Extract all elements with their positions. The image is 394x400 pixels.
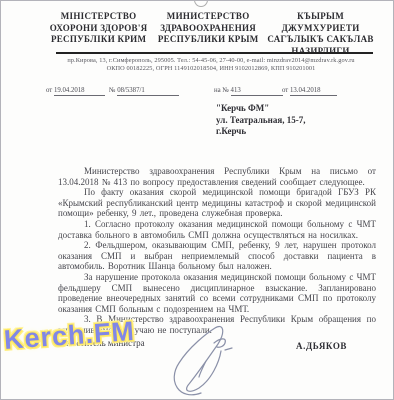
- in-reply-number-value: 413: [231, 87, 283, 96]
- recipient-name: "Керчь ФМ": [216, 103, 305, 115]
- outgoing-number-value: 08/5387/1: [117, 87, 179, 96]
- in-reply-number-field: на № 413: [214, 87, 283, 94]
- body-paragraph: Министерство здравоохранения Республики …: [58, 166, 376, 187]
- outgoing-number-field: № 08/5387/1: [109, 87, 179, 94]
- letterhead-line: РЕСПУБЛИКИ КРЫМ: [156, 34, 260, 46]
- letterhead-line: РЕСПУБЛІКИ КРИМ: [41, 34, 156, 46]
- in-reply-number-label: на №: [214, 87, 229, 94]
- recipient-block: "Керчь ФМ" ул. Театральная, 15-7, г.Керч…: [216, 103, 305, 138]
- handwritten-signature: [159, 321, 243, 399]
- letter-body: Министерство здравоохранения Республики …: [58, 166, 376, 336]
- outgoing-date-label: от: [46, 87, 52, 94]
- body-paragraph: 2. Фельдшером, оказывающим СМП, ребенку,…: [58, 240, 376, 272]
- letterhead-line: САГЪЛЫКЪ САКЪЛАВ: [260, 34, 381, 46]
- outgoing-date-value: 19.04.2018: [54, 87, 105, 96]
- ministry-name-crimean-tatar: КЪЫРЫМ ДЖУМХУРИЕТИ САГЪЛЫКЪ САКЪЛАВ НАЗИ…: [260, 11, 381, 57]
- body-paragraph: 1. Согласно протоколу оказания медицинск…: [58, 219, 376, 240]
- incoming-date-value: 13.04.2018: [290, 87, 337, 96]
- ministry-name-russian: МИНИСТЕРСТВО ЗДРАВООХРАНЕНИЯ РЕСПУБЛИКИ …: [156, 11, 260, 57]
- letterhead-line: ДЖУМХУРИЕТИ: [260, 23, 381, 35]
- signatory-name: А.ДЬЯКОВ: [296, 341, 347, 351]
- incoming-date-field: от 13.04.2018: [282, 87, 337, 94]
- body-paragraph: За нарушение протокола оказания медицинс…: [58, 272, 376, 314]
- recipient-city: г.Керчь: [216, 126, 305, 138]
- recipient-street: ул. Театральная, 15-7,: [216, 115, 305, 127]
- emblem-fragment-icon: [194, 0, 208, 7]
- contact-registry-line: ОКПО 00182225, ОГРН 1149102018504, ИНН 9…: [41, 65, 381, 72]
- kerch-fm-watermark: Kerch.FM: [3, 316, 136, 356]
- incoming-date-label: от: [282, 87, 288, 94]
- outgoing-number-label: №: [109, 87, 116, 94]
- contact-address-line: пр.Кирова, 13, г.Симферополь, 295005. Те…: [41, 57, 381, 64]
- letterhead-line: МІНІСТЕРСТВО: [41, 11, 156, 23]
- outgoing-date-field: от 19.04.2018: [46, 87, 105, 94]
- letterhead-line: МИНИСТЕРСТВО: [156, 11, 260, 23]
- scanned-letter: МІНІСТЕРСТВО ОХОРОНИ ЗДОРОВ'Я РЕСПУБЛІКИ…: [0, 0, 394, 400]
- letterhead-line: КЪЫРЫМ: [260, 11, 381, 23]
- letterhead-line: ОХОРОНИ ЗДОРОВ'Я: [41, 23, 156, 35]
- letterhead: МІНІСТЕРСТВО ОХОРОНИ ЗДОРОВ'Я РЕСПУБЛІКИ…: [41, 11, 381, 57]
- body-paragraph: По факту оказания скорой медицинской пом…: [58, 187, 376, 219]
- letterhead-divider: [56, 52, 373, 54]
- ministry-name-ukrainian: МІНІСТЕРСТВО ОХОРОНИ ЗДОРОВ'Я РЕСПУБЛІКИ…: [41, 11, 156, 57]
- letterhead-line: ЗДРАВООХРАНЕНИЯ: [156, 23, 260, 35]
- reference-row: от 19.04.2018 № 08/5387/1 на № 413 от 13…: [1, 87, 393, 99]
